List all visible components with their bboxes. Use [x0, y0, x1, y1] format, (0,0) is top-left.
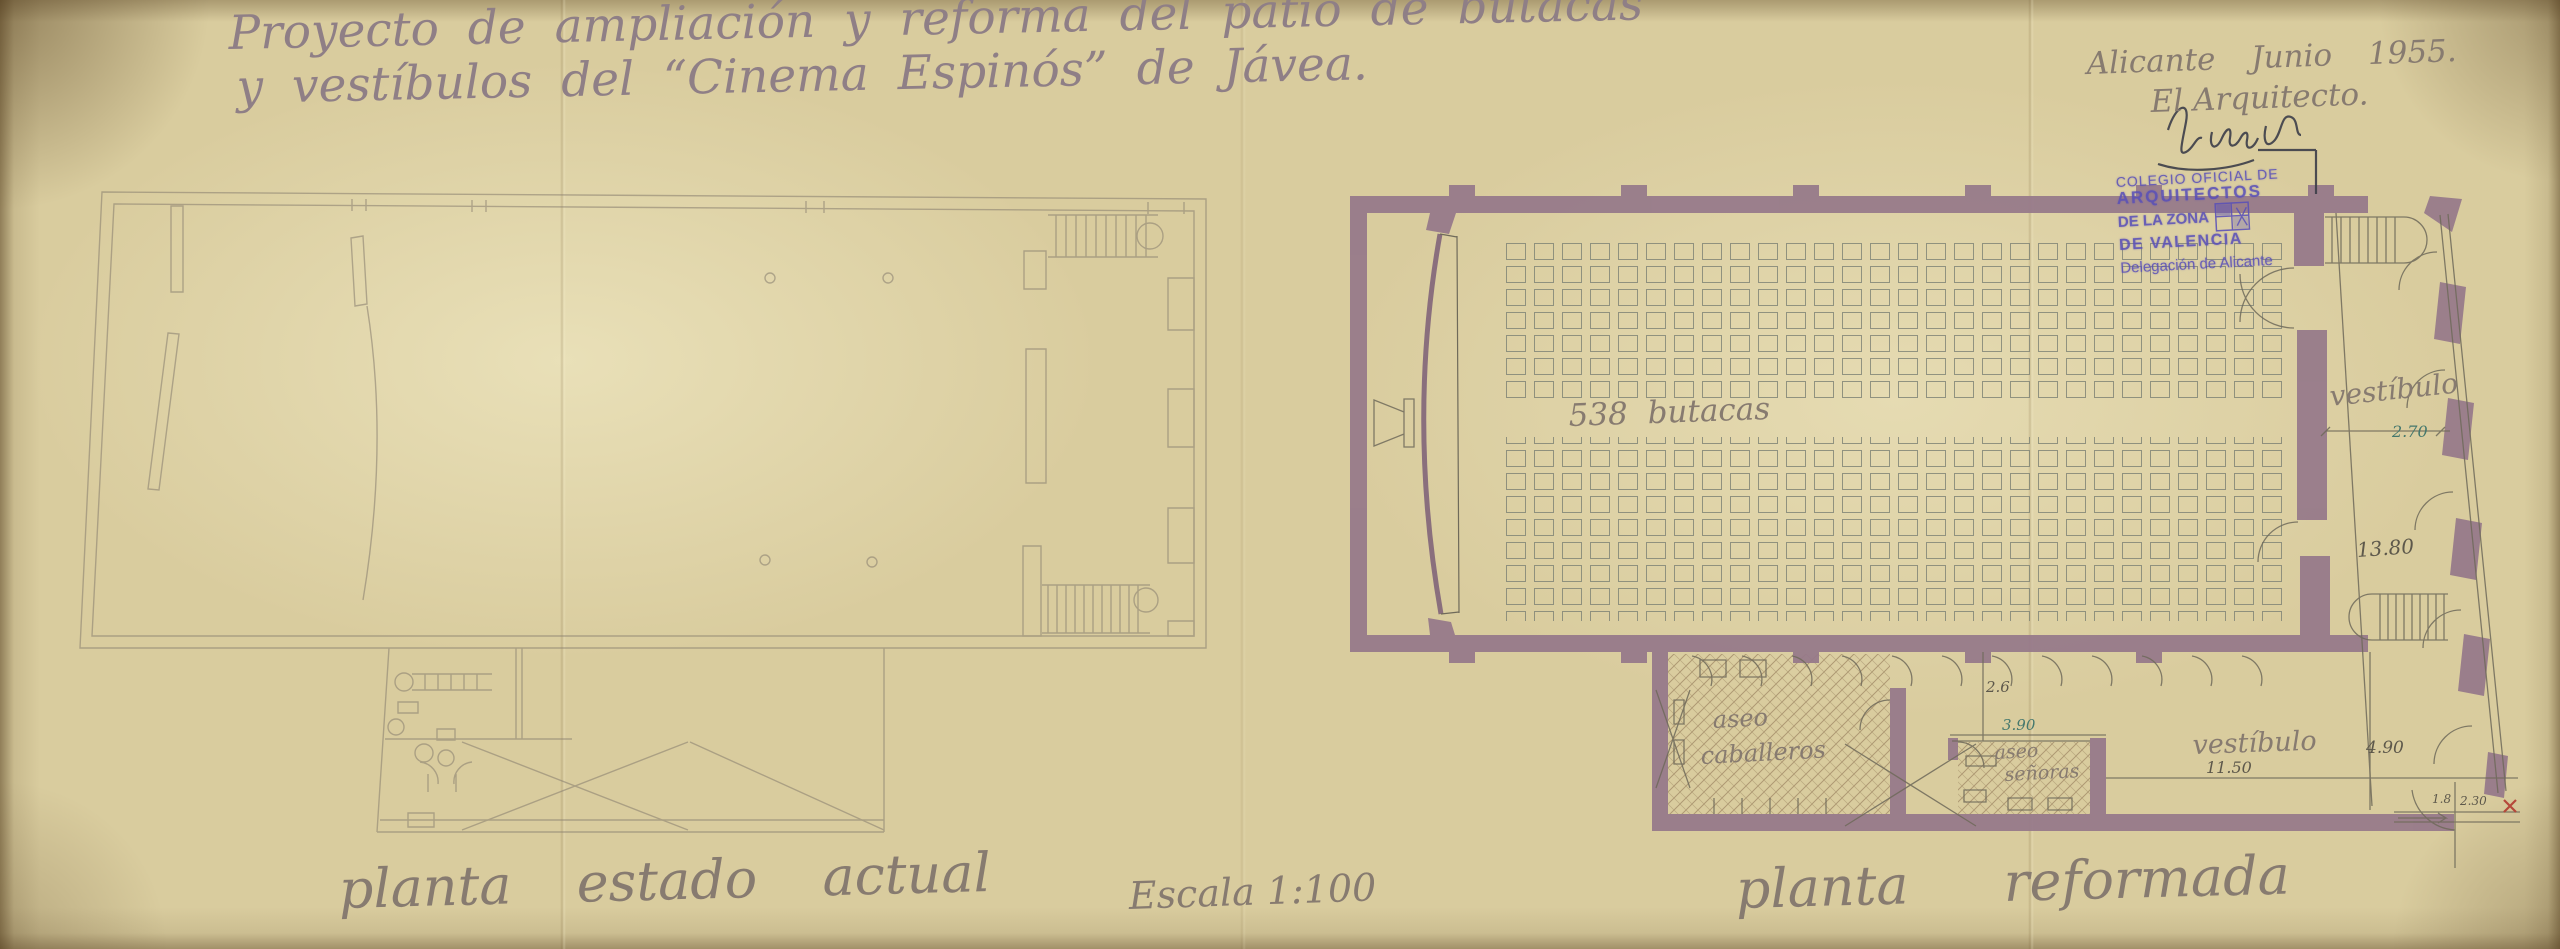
aseo-caballeros-line1: aseo: [1712, 703, 1769, 734]
right-plan-hatched-rooms: [1668, 654, 2090, 814]
red-check-mark: [2504, 800, 2516, 812]
floor-plans-drawing: [0, 0, 2560, 949]
dim-1-8: 1.8: [2432, 792, 2451, 806]
vestibulo-bottom-label: vestíbulo: [2192, 726, 2317, 761]
stamp-line: DE LA ZONA: [2118, 210, 2210, 230]
left-plan-linework: [80, 192, 1206, 832]
dim-3-90: 3.90: [2002, 716, 2035, 734]
dim-13-80: 13.80: [2356, 534, 2415, 562]
cinema-screen: [1424, 234, 1459, 614]
aseo-senoras-line1: aseo: [1994, 740, 2039, 764]
scanned-architectural-drawing: Proyecto de ampliación y reforma del pat…: [0, 0, 2560, 949]
dim-2-6: 2.6: [1986, 678, 2010, 696]
dim-2-30: 2.30: [2460, 794, 2487, 808]
scale-label: Escala 1:100: [1128, 865, 1377, 918]
dim-4-90: 4.90: [2366, 738, 2404, 758]
stamp-emblem-icon: [2214, 201, 2252, 233]
dim-2-70: 2.70: [2392, 422, 2428, 441]
dim-11-50: 11.50: [2206, 758, 2252, 777]
college-stamp: COLEGIO OFICIAL DE ARQUITECTOS DE LA ZON…: [2115, 165, 2310, 277]
aseo-senoras-line2: señoras: [2004, 760, 2080, 786]
architect-label: El Arquitecto.: [2150, 76, 2369, 120]
seat-count-label: 538 butacas: [1568, 391, 1771, 434]
